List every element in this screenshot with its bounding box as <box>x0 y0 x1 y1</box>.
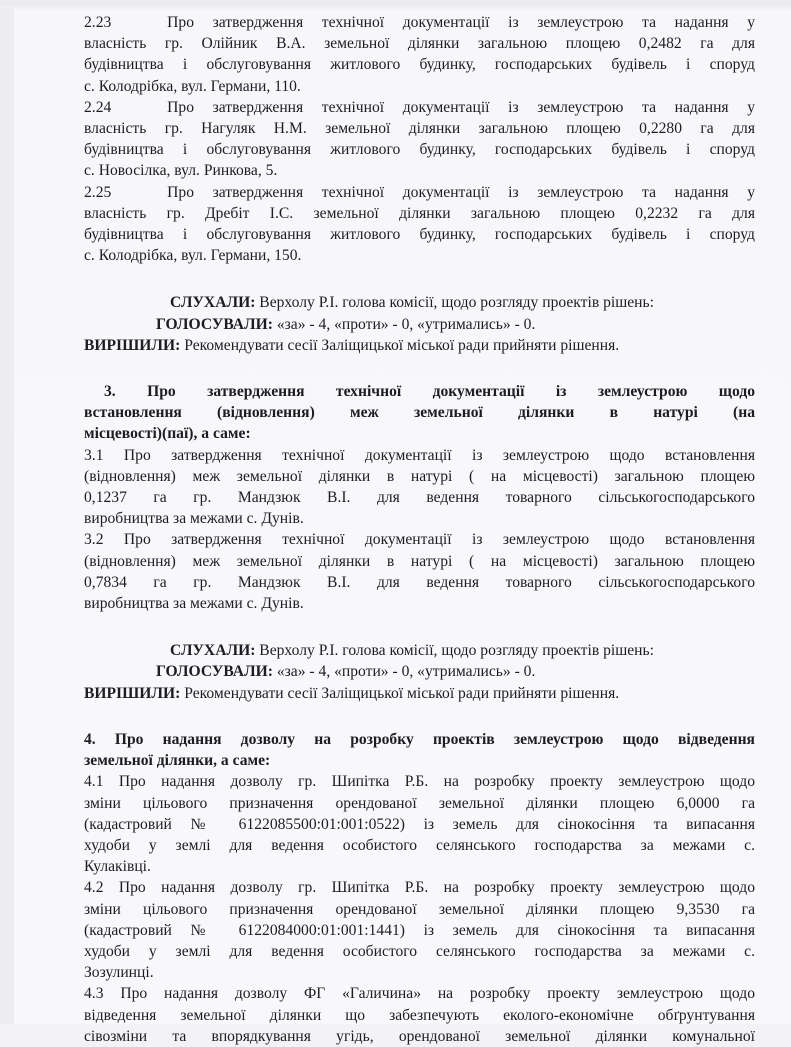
section-3: 3. Про затвердження технічної документац… <box>84 381 755 614</box>
line: власність гр. Дребіт І.С. земельної діля… <box>84 203 755 224</box>
section-4-heading: земельної ділянки, а саме: <box>84 750 755 771</box>
line: будівництва і обслуговування житлового б… <box>84 139 755 160</box>
section-2-items: 2.23 Про затвердження технічної документ… <box>84 12 755 266</box>
line: 4.3 Про надання дозволу ФГ «Галичина» на… <box>84 983 755 1004</box>
vote-block-1: СЛУХАЛИ: Верхолу Р.І. голова комісії, що… <box>84 292 755 356</box>
line: с. Колодрібка, вул. Германи, 110. <box>84 76 755 97</box>
item-3-2: 3.2 Про затвердження технічної документа… <box>84 529 755 614</box>
section-3-heading: місцевості)(паї), а саме: <box>84 423 755 444</box>
line: 3.2 Про затвердження технічної документа… <box>84 529 755 550</box>
line: виробництва за межами с. Дунів. <box>84 508 755 529</box>
decided-line: ВИРІШИЛИ: Рекомендувати сесії Заліщицько… <box>84 335 755 356</box>
heard-line: СЛУХАЛИ: Верхолу Р.І. голова комісії, що… <box>84 292 755 313</box>
spacer <box>84 356 755 377</box>
page-edge-shadow <box>0 8 14 1024</box>
line: худоби у землі для ведення особистого се… <box>84 941 755 962</box>
voted-line: ГОЛОСУВАЛИ: «за» - 4, «проти» - 0, «утри… <box>84 661 755 682</box>
line: виробництва за межами с. Дунів. <box>84 593 755 614</box>
line: (кадастровий № 6122085500:01:001:0522) і… <box>84 814 755 835</box>
line: відведення земельної ділянки що забезпеч… <box>84 1005 755 1024</box>
item-2-24: 2.24 Про затвердження технічної документ… <box>84 97 755 182</box>
line: Зозулинці. <box>84 962 755 983</box>
line: 0,1237 га гр. Мандзюк В.І. для ведення т… <box>84 487 755 508</box>
spacer <box>84 614 755 635</box>
line: власність гр. Нагуляк Н.М. земельної діл… <box>84 118 755 139</box>
line: 2.25 Про затвердження технічної документ… <box>84 182 755 203</box>
item-2-25: 2.25 Про затвердження технічної документ… <box>84 182 755 267</box>
line: 2.23 Про затвердження технічної документ… <box>84 12 755 33</box>
item-4-2: 4.2 Про надання дозволу гр. Шипітка Р.Б.… <box>84 877 755 983</box>
line: власність гр. Олійник В.А. земельної діл… <box>84 33 755 54</box>
scanned-page: 2.23 Про затвердження технічної документ… <box>0 0 791 1024</box>
line: с. Новосілка, вул. Ринкова, 5. <box>84 160 755 181</box>
line: 4.2 Про надання дозволу гр. Шипітка Р.Б.… <box>84 877 755 898</box>
spacer <box>84 266 755 287</box>
document-body: 2.23 Про затвердження технічної документ… <box>84 12 755 1024</box>
line: (відновлення) меж земельної ділянки в на… <box>84 551 755 572</box>
section-3-heading: 3. Про затвердження технічної документац… <box>84 381 755 402</box>
line: 0,7834 га гр. Мандзюк В.І. для ведення т… <box>84 572 755 593</box>
voted-line: ГОЛОСУВАЛИ: «за» - 4, «проти» - 0, «утри… <box>84 314 755 335</box>
section-4-heading: 4. Про надання дозволу на розробку проек… <box>84 729 755 750</box>
section-4: 4. Про надання дозволу на розробку проек… <box>84 729 755 1024</box>
spacer <box>84 704 755 725</box>
item-2-23: 2.23 Про затвердження технічної документ… <box>84 12 755 97</box>
item-3-1: 3.1 Про затвердження технічної документа… <box>84 445 755 530</box>
line: зміни цільового призначення орендованої … <box>84 793 755 814</box>
line: 4.1 Про надання дозволу гр. Шипітка Р.Б.… <box>84 771 755 792</box>
line: худоби у землі для ведення особистого се… <box>84 835 755 856</box>
line: 3.1 Про затвердження технічної документа… <box>84 445 755 466</box>
line: с. Колодрібка, вул. Германи, 150. <box>84 245 755 266</box>
line: (відновлення) меж земельної ділянки в на… <box>84 466 755 487</box>
line: Кулаківці. <box>84 856 755 877</box>
line: будівництва і обслуговування житлового б… <box>84 54 755 75</box>
section-3-heading: встановлення (відновлення) меж земельної… <box>84 402 755 423</box>
decided-line: ВИРІШИЛИ: Рекомендувати сесії Заліщицько… <box>84 683 755 704</box>
heard-line: СЛУХАЛИ: Верхолу Р.І. голова комісії, що… <box>84 640 755 661</box>
item-4-3: 4.3 Про надання дозволу ФГ «Галичина» на… <box>84 983 755 1024</box>
vote-block-2: СЛУХАЛИ: Верхолу Р.І. голова комісії, що… <box>84 640 755 704</box>
line: зміни цільового призначення орендованої … <box>84 899 755 920</box>
line: 2.24 Про затвердження технічної документ… <box>84 97 755 118</box>
item-4-1: 4.1 Про надання дозволу гр. Шипітка Р.Б.… <box>84 771 755 877</box>
line: (кадастровий № 6122084000:01:001:1441) і… <box>84 920 755 941</box>
line: будівництва і обслуговування житлового б… <box>84 224 755 245</box>
